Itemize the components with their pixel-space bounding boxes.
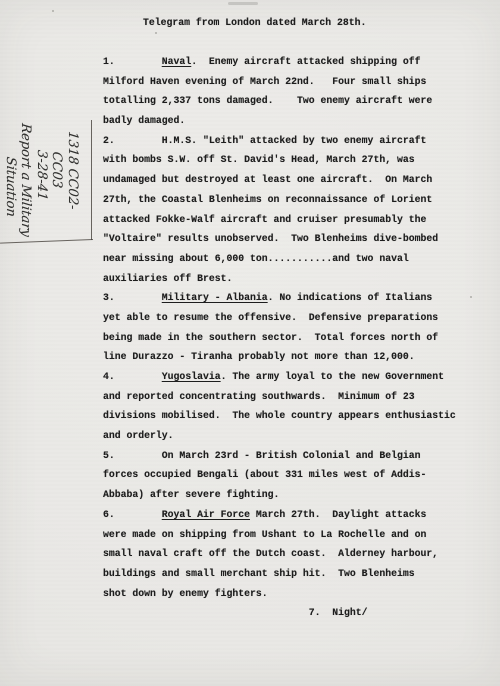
document-page: Telegram from London dated March 28th. 1… (0, 0, 500, 686)
document-line: "Voltaire" results unobserved. Two Blenh… (103, 229, 456, 249)
text-segment: 7. Night/ (103, 607, 368, 618)
annotation-line: Report a Military (18, 123, 34, 250)
text-segment: totalling 2,337 tons damaged. Two enemy … (103, 95, 432, 106)
underlined-heading: Royal Air Force (162, 509, 250, 520)
annotation-border-vertical-line (91, 120, 92, 240)
text-segment: with bombs S.W. off St. David's Head, Ma… (103, 154, 415, 165)
text-segment: small naval craft off the Dutch coast. A… (103, 548, 438, 559)
text-segment: 5. On March 23rd - British Colonial and … (103, 450, 420, 461)
scan-smudge (228, 2, 258, 5)
text-segment: 1. (103, 56, 162, 67)
scan-speck (52, 10, 54, 12)
text-segment: 27th, the Coastal Blenheims on reconnais… (103, 194, 432, 205)
document-line: auxiliaries off Brest. (103, 269, 456, 289)
text-segment: yet able to resume the offensive. Defens… (103, 312, 438, 323)
document-line: 6. Royal Air Force March 27th. Daylight … (103, 505, 456, 525)
document-line: badly damaged. (103, 111, 456, 131)
document-line: buildings and small merchant ship hit. T… (103, 564, 456, 584)
document-line: and orderly. (103, 426, 456, 446)
document-line: 4. Yugoslavia. The army loyal to the new… (103, 367, 456, 387)
document-line: yet able to resume the offensive. Defens… (103, 308, 456, 328)
underlined-heading: Military - Albania (162, 292, 268, 303)
text-segment: . Enemy aircraft attacked shipping off (191, 56, 420, 67)
document-title: Telegram from London dated March 28th. (143, 16, 366, 29)
document-line: near missing about 6,000 ton...........a… (103, 249, 456, 269)
document-line: Milford Haven evening of March 22nd. Fou… (103, 72, 456, 92)
text-segment: 6. (103, 509, 162, 520)
document-line: 3. Military - Albania. No indications of… (103, 288, 456, 308)
document-line: 27th, the Coastal Blenheims on reconnais… (103, 190, 456, 210)
document-line: attacked Fokke-Walf aircraft and cruiser… (103, 210, 456, 230)
text-segment: divisions mobilised. The whole country a… (103, 410, 456, 421)
text-segment: Milford Haven evening of March 22nd. Fou… (103, 76, 426, 87)
document-line: shot down by enemy fighters. (103, 584, 456, 604)
annotation-line: 1318 CC02- (65, 130, 81, 254)
text-segment: forces occupied Bengali (about 331 miles… (103, 469, 426, 480)
text-segment: Abbaba) after severe fighting. (103, 489, 279, 500)
text-segment: and reported concentrating southwards. M… (103, 391, 415, 402)
scan-speck (155, 32, 157, 34)
text-segment: March 27th. Daylight attacks (250, 509, 426, 520)
text-segment: auxiliaries off Brest. (103, 273, 232, 284)
text-segment: 3. (103, 292, 162, 303)
text-segment: undamaged but destroyed at least one air… (103, 174, 432, 185)
document-line: and reported concentrating southwards. M… (103, 387, 456, 407)
document-line: 5. On March 23rd - British Colonial and … (103, 446, 456, 466)
document-line: divisions mobilised. The whole country a… (103, 406, 456, 426)
text-segment: were made on shipping from Ushant to La … (103, 529, 426, 540)
document-line: were made on shipping from Ushant to La … (103, 525, 456, 545)
text-segment: . No indications of Italians (268, 292, 433, 303)
document-line: 1. Naval. Enemy aircraft attacked shippi… (103, 52, 456, 72)
text-segment: attacked Fokke-Walf aircraft and cruiser… (103, 214, 426, 225)
document-line: line Durazzo - Tiranha probably not more… (103, 347, 456, 367)
underlined-heading: Yugoslavia (162, 371, 221, 382)
document-line: forces occupied Bengali (about 331 miles… (103, 465, 456, 485)
handwritten-annotation: 1318 CC02-CC033-28-41Report a MilitarySi… (2, 118, 80, 254)
document-line: being made in the southern sector. Total… (103, 328, 456, 348)
annotation-line: CC03 (49, 151, 65, 253)
document-line: with bombs S.W. off St. David's Head, Ma… (103, 150, 456, 170)
document-line: 2. H.M.S. "Leith" attacked by two enemy … (103, 131, 456, 151)
text-segment: 4. (103, 371, 162, 382)
document-line: undamaged but destroyed at least one air… (103, 170, 456, 190)
text-segment: line Durazzo - Tiranha probably not more… (103, 351, 415, 362)
document-line: totalling 2,337 tons damaged. Two enemy … (103, 91, 456, 111)
document-line: small naval craft off the Dutch coast. A… (103, 544, 456, 564)
scan-speck (470, 296, 472, 298)
annotation-line: Situation (3, 156, 19, 248)
text-segment: "Voltaire" results unobserved. Two Blenh… (103, 233, 438, 244)
text-segment: shot down by enemy fighters. (103, 588, 268, 599)
document-line: Abbaba) after severe fighting. (103, 485, 456, 505)
text-segment: . The army loyal to the new Government (221, 371, 444, 382)
text-segment: near missing about 6,000 ton...........a… (103, 253, 409, 264)
text-segment: 2. H.M.S. "Leith" attacked by two enemy … (103, 135, 426, 146)
underlined-heading: Naval (162, 56, 191, 67)
document-body: 1. Naval. Enemy aircraft attacked shippi… (103, 52, 456, 623)
annotation-line: 3-28-41 (34, 149, 50, 251)
text-segment: buildings and small merchant ship hit. T… (103, 568, 415, 579)
text-segment: badly damaged. (103, 115, 185, 126)
text-segment: being made in the southern sector. Total… (103, 332, 438, 343)
text-segment: and orderly. (103, 430, 174, 441)
document-line: 7. Night/ (103, 603, 456, 623)
